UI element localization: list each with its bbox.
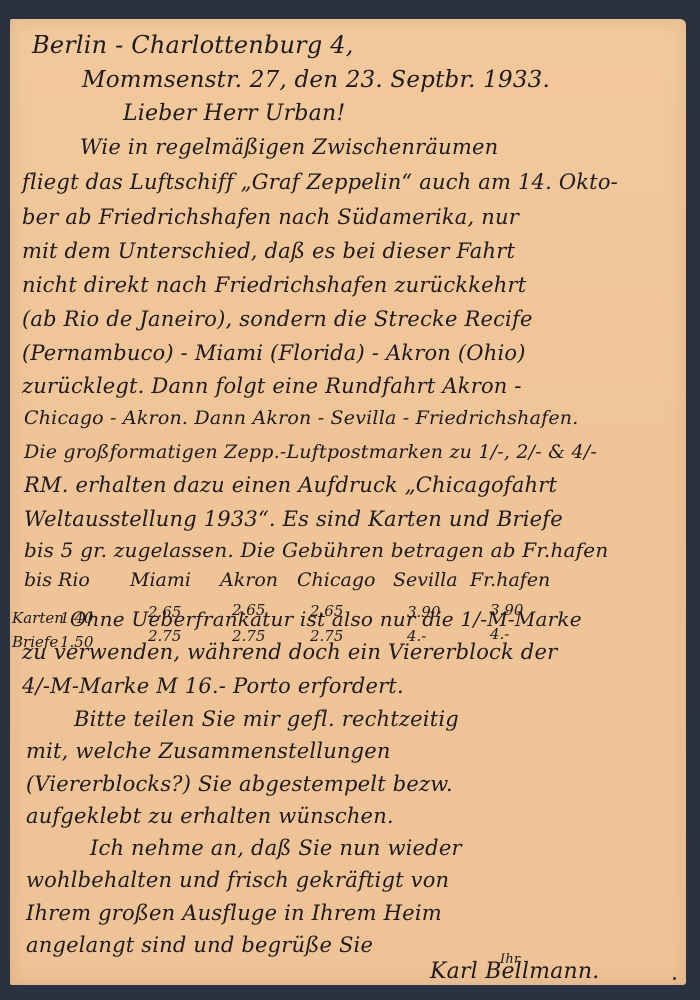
body-line: mit dem Unterschied, daß es bei dieser F…: [22, 239, 515, 263]
header-address-date: Mommsenstr. 27, den 23. Septbr. 1933.: [82, 67, 550, 93]
body-line: (Viererblocks?) Sie abgestempelt bezw.: [26, 772, 453, 796]
body-line: (ab Rio de Janeiro), sondern die Strecke…: [22, 307, 533, 331]
body-line: mit, welche Zusammenstellungen: [26, 739, 391, 763]
salutation: Lieber Herr Urban!: [123, 101, 345, 126]
body-line: angelangt sind und begrüße Sie: [26, 933, 373, 957]
body-line: Wie in regelmäßigen Zwischenräumen: [80, 135, 498, 159]
rates-table-header: bis Rio Miami Akron Chicago Sevilla Fr.h…: [10, 569, 686, 593]
body-line: nicht direkt nach Friedrichshafen zurück…: [22, 273, 526, 297]
body-line: Bitte teilen Sie mir gefl. rechtzeitig: [74, 707, 459, 731]
postcard-paper: Berlin - Charlottenburg 4, Mommsenstr. 2…: [10, 19, 686, 985]
body-line: aufgeklebt zu erhalten wünschen.: [26, 804, 394, 828]
row-label: Karten: [12, 609, 64, 627]
column-header: Sevilla: [393, 569, 458, 591]
body-line: wohlbehalten und frisch gekräftigt von: [26, 868, 449, 892]
body-line: Ich nehme an, daß Sie nun wieder: [90, 836, 462, 860]
body-line: bis 5 gr. zugelassen. Die Gebühren betra…: [24, 538, 608, 562]
column-header: Chicago: [297, 569, 375, 591]
column-header: Fr.hafen: [470, 569, 550, 591]
header-place: Berlin - Charlottenburg 4,: [32, 31, 354, 59]
body-line: Weltausstellung 1933“. Es sind Karten un…: [24, 507, 563, 531]
column-header: Miami: [130, 569, 191, 591]
body-line: (Pernambuco) - Miami (Florida) - Akron (…: [22, 341, 526, 365]
body-line: Die großformatigen Zepp.-Luftpostmarken …: [24, 441, 597, 463]
body-line: Ihrem großen Ausfluge in Ihrem Heim: [26, 901, 442, 925]
signature: Karl Bellmann.: [430, 959, 599, 984]
body-line: RM. erhalten dazu einen Aufdruck „Chicag…: [24, 473, 557, 497]
body-line: ber ab Friedrichshafen nach Südamerika, …: [22, 205, 519, 229]
body-line: zu verwenden, während doch ein Viererblo…: [22, 640, 557, 664]
body-line: Ohne Ueberfrankatur ist also nur die 1/-…: [70, 607, 582, 631]
column-header: Akron: [220, 569, 278, 591]
body-line: Chicago - Akron. Dann Akron - Sevilla - …: [24, 407, 578, 429]
column-header: bis Rio: [24, 569, 90, 591]
body-line: 4/-M-Marke M 16.- Porto erfordert.: [22, 674, 404, 698]
ink-spot: [673, 977, 676, 980]
body-line: zurücklegt. Dann folgt eine Rundfahrt Ak…: [22, 374, 522, 398]
body-line: fliegt das Luftschiff „Graf Zeppelin“ au…: [22, 170, 618, 194]
